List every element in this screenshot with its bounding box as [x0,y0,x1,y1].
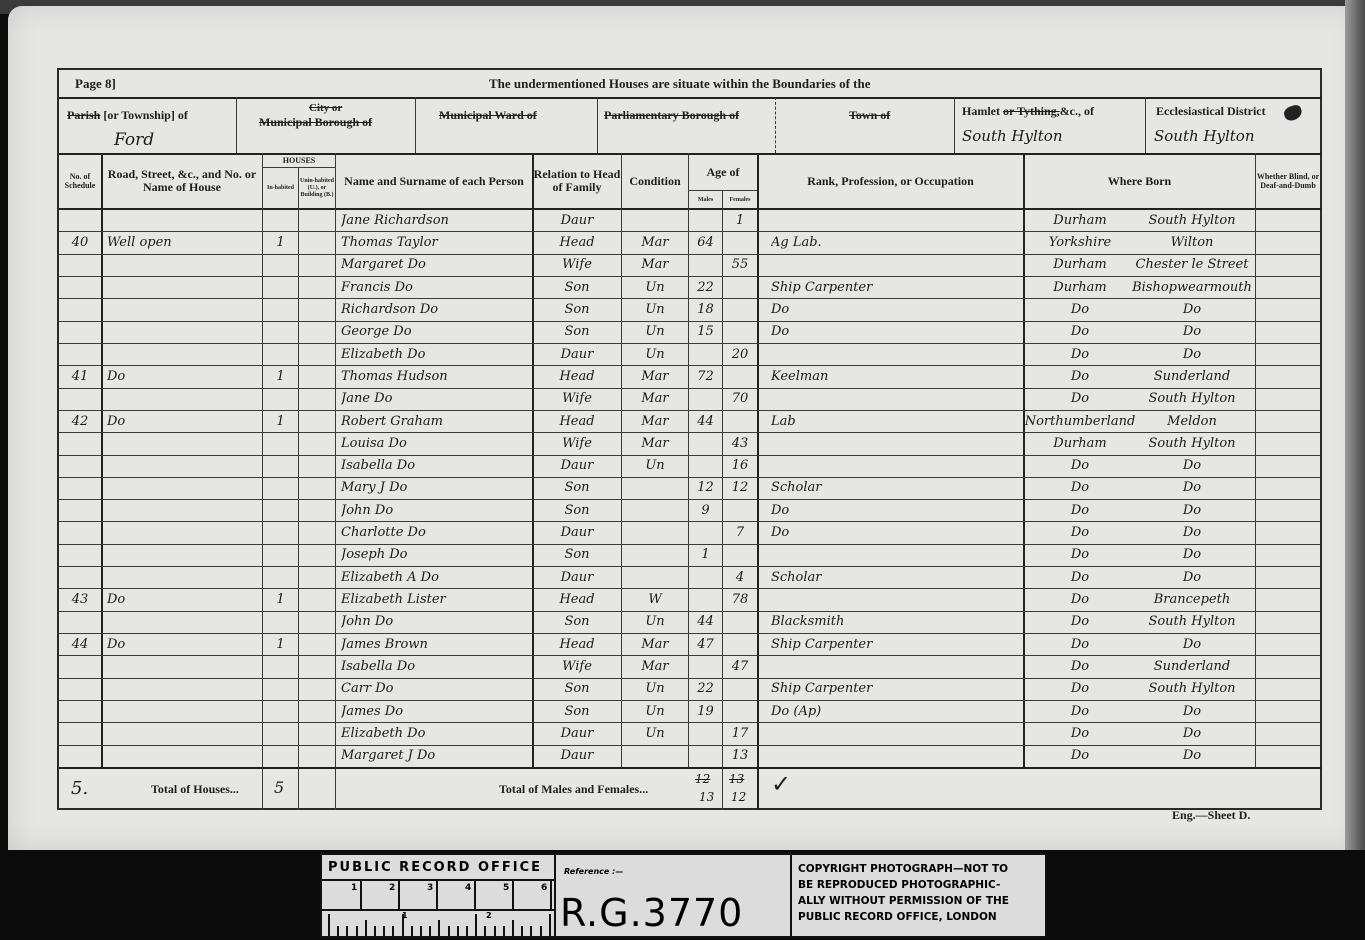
relation: Daur [533,209,621,231]
schedule-number [59,298,101,320]
occupation [771,254,1021,276]
occupation: Keelman [771,365,1021,387]
born-county: Durham [1025,254,1135,276]
condition [622,499,688,521]
condition: Un [622,298,688,320]
ruler-cm-label: 3 [427,883,433,893]
age-female [723,633,757,655]
col-where-born: Where Born [1024,154,1255,208]
road-name [107,343,262,365]
born-county: Do [1025,588,1135,610]
schedule-number [59,432,101,454]
occupation: Do [771,521,1021,543]
occupation: Ship Carpenter [771,678,1021,700]
relation: Daur [533,722,621,744]
person-name: Robert Graham [341,410,531,432]
age-male: 1 [689,544,722,566]
age-male: 47 [689,633,722,655]
inhabited-count: 1 [263,633,298,655]
age-male: 12 [689,477,722,499]
ruler-cm: 123456 [322,881,554,909]
col-schedule: No. of Schedule [59,154,101,208]
condition: Un [622,321,688,343]
road-name [107,432,262,454]
occupation [771,544,1021,566]
total-males-struck: 12 [695,772,710,786]
age-male [689,455,722,477]
schedule-number: 41 [59,365,101,387]
person-name: James Brown [341,633,531,655]
relation: Wife [533,388,621,410]
form-title: The undermentioned Houses are situate wi… [489,76,870,92]
born-county: Do [1025,521,1135,543]
inhabited-count [263,655,298,677]
born-county: Northumberland [1025,410,1135,432]
col-name: Name and Surname of each Person [336,154,532,208]
col-age: Age of [689,154,757,190]
road-name: Well open [107,231,262,253]
schedule-number [59,700,101,722]
born-county: Do [1025,298,1135,320]
ruler-inch: 12 [322,911,554,936]
condition [622,745,688,767]
age-male: 18 [689,298,722,320]
hamlet-label: Hamlet or Tything,&c., of [962,104,1094,119]
born-place: Do [1129,321,1255,343]
relation: Son [533,700,621,722]
person-name: Margaret Do [341,254,531,276]
table-row: Jane DoWifeMar70DoSouth Hylton [59,388,1320,410]
born-place: South Hylton [1129,678,1255,700]
age-female [723,499,757,521]
inhabited-count [263,432,298,454]
condition: Mar [622,254,688,276]
schedule-number [59,745,101,767]
table-row: 43Do1Elizabeth ListerHeadW78DoBrancepeth [59,588,1320,610]
born-county: Do [1025,566,1135,588]
born-place: Do [1129,521,1255,543]
reference-number: R.G.3770 [560,891,743,935]
person-name: Louisa Do [341,432,531,454]
schedule-number [59,655,101,677]
table-row: Margaret DoWifeMar55DurhamChester le Str… [59,254,1320,276]
inhabited-count [263,544,298,566]
person-name: Francis Do [341,276,531,298]
born-place: Do [1129,633,1255,655]
inhabited-count [263,209,298,231]
age-male [689,432,722,454]
col-females: Females [723,191,757,208]
inhabited-count [263,254,298,276]
age-female: 78 [723,588,757,610]
age-male: 15 [689,321,722,343]
age-male [689,521,722,543]
occupation [771,432,1021,454]
age-female: 13 [723,745,757,767]
road-name [107,700,262,722]
table-row: Isabella DoWifeMar47DoSunderland [59,655,1320,677]
inhabited-count [263,611,298,633]
relation: Son [533,678,621,700]
ecclesiastical-district-value: South Hylton [1154,127,1255,145]
road-name [107,455,262,477]
age-female [723,410,757,432]
ink-blot [1282,103,1304,122]
col-road: Road, Street, &c., and No. or Name of Ho… [102,154,262,208]
born-place: South Hylton [1129,432,1255,454]
born-place: Do [1129,455,1255,477]
occupation [771,455,1021,477]
table-row: Elizabeth A DoDaur4ScholarDoDo [59,566,1320,588]
person-name: George Do [341,321,531,343]
inhabited-count [263,521,298,543]
occupation [771,655,1021,677]
condition: Un [622,722,688,744]
condition [622,566,688,588]
ruler-cm-label: 5 [503,883,509,893]
road-name [107,678,262,700]
person-name: Charlotte Do [341,521,531,543]
inhabited-count: 1 [263,588,298,610]
born-place: Sunderland [1129,655,1255,677]
occupation: Do [771,298,1021,320]
ruler-block: PUBLIC RECORD OFFICE 123456 12 [322,855,556,936]
age-female [723,321,757,343]
table-row: 41Do1Thomas HudsonHeadMar72KeelmanDoSund… [59,365,1320,387]
occupation [771,745,1021,767]
born-county: Do [1025,343,1135,365]
born-county: Do [1025,722,1135,744]
inhabited-count: 1 [263,365,298,387]
person-name: Elizabeth A Do [341,566,531,588]
table-row: Margaret J DoDaur13DoDo [59,745,1320,767]
born-county: Do [1025,745,1135,767]
age-female: 20 [723,343,757,365]
occupation: Do [771,321,1021,343]
occupation: Do (Ap) [771,700,1021,722]
age-male [689,209,722,231]
occupation: Scholar [771,566,1021,588]
ruler-cm-label: 6 [541,883,547,893]
born-place: Do [1129,477,1255,499]
table-row: 40Well open1Thomas TaylorHeadMar64Ag Lab… [59,231,1320,253]
copyright-notice: COPYRIGHT PHOTOGRAPH—NOT TO BE REPRODUCE… [798,861,1009,925]
inhabited-count: 1 [263,410,298,432]
table-row: Charlotte DoDaur7DoDoDo [59,521,1320,543]
age-female [723,611,757,633]
age-male: 19 [689,700,722,722]
table-row: Richardson DoSonUn18DoDoDo [59,298,1320,320]
occupation: Scholar [771,477,1021,499]
parliamentary-borough-label: Parliamentary Borough of [604,108,739,123]
schedule-number [59,254,101,276]
col-houses: HOUSES [263,154,335,166]
road-name [107,566,262,588]
schedule-number: 40 [59,231,101,253]
age-male [689,343,722,365]
age-male [689,655,722,677]
table-row: Joseph DoSon1DoDo [59,544,1320,566]
occupation [771,722,1021,744]
born-place: Do [1129,722,1255,744]
occupation: Blacksmith [771,611,1021,633]
road-name: Do [107,410,262,432]
inhabited-count [263,455,298,477]
person-name: John Do [341,499,531,521]
road-name [107,254,262,276]
born-county: Durham [1025,432,1135,454]
born-place: South Hylton [1129,388,1255,410]
road-name: Do [107,588,262,610]
born-place: Do [1129,343,1255,365]
born-place: Do [1129,745,1255,767]
relation: Son [533,477,621,499]
born-county: Do [1025,700,1135,722]
person-name: Elizabeth Lister [341,588,531,610]
schedule-number [59,477,101,499]
table-row: 44Do1James BrownHeadMar47Ship CarpenterD… [59,633,1320,655]
col-relation: Relation to Head of Family [533,154,621,208]
born-place: Bishopwearmouth [1129,276,1255,298]
person-name: Thomas Hudson [341,365,531,387]
condition [622,544,688,566]
age-female: 4 [723,566,757,588]
born-place: Chester le Street [1129,254,1255,276]
ruler-inch-label: 2 [486,911,492,920]
born-place: Do [1129,544,1255,566]
age-male [689,566,722,588]
age-female [723,544,757,566]
born-place: South Hylton [1129,611,1255,633]
road-name [107,276,262,298]
born-place: Do [1129,566,1255,588]
table-row: Isabella DoDaurUn16DoDo [59,455,1320,477]
age-female: 12 [723,477,757,499]
born-county: Do [1025,499,1135,521]
condition [622,209,688,231]
schedule-number [59,544,101,566]
relation: Daur [533,343,621,365]
occupation [771,209,1021,231]
person-name: Elizabeth Do [341,722,531,744]
age-female: 55 [723,254,757,276]
road-name [107,499,262,521]
schedule-number [59,388,101,410]
occupation: Ship Carpenter [771,633,1021,655]
inhabited-count [263,722,298,744]
born-county: Durham [1025,276,1135,298]
age-male: 22 [689,276,722,298]
hamlet-value: South Hylton [962,127,1063,145]
age-female: 43 [723,432,757,454]
office-label: PUBLIC RECORD OFFICE [328,860,542,875]
schedule-number [59,611,101,633]
age-female: 7 [723,521,757,543]
born-county: Do [1025,455,1135,477]
ruler-cm-label: 4 [465,883,471,893]
schedule-number: 44 [59,633,101,655]
road-name [107,298,262,320]
age-female: 1 [723,209,757,231]
inhabited-count [263,700,298,722]
occupation [771,588,1021,610]
person-name: Elizabeth Do [341,343,531,365]
page-number: Page 8] [75,76,116,92]
relation: Head [533,231,621,253]
born-county: Do [1025,544,1135,566]
age-male: 9 [689,499,722,521]
condition: Un [622,678,688,700]
relation: Son [533,611,621,633]
municipal-borough-label: Municipal Borough of [259,115,372,130]
table-row: John DoSonUn44BlacksmithDoSouth Hylton [59,611,1320,633]
born-place: Wilton [1129,231,1255,253]
condition: Mar [622,633,688,655]
person-name: Thomas Taylor [341,231,531,253]
person-name: James Do [341,700,531,722]
schedule-number [59,521,101,543]
occupation: Do [771,499,1021,521]
age-male: 72 [689,365,722,387]
age-male: 64 [689,231,722,253]
reference-label: Reference :— [564,867,623,876]
total-males: 13 [699,790,714,804]
road-name [107,388,262,410]
inhabited-count: 1 [263,231,298,253]
road-name [107,611,262,633]
born-place: Do [1129,700,1255,722]
relation: Son [533,499,621,521]
total-houses-label: Total of Houses... [151,782,239,797]
road-name [107,544,262,566]
person-name: Jane Richardson [341,209,531,231]
born-county: Do [1025,611,1135,633]
relation: Wife [533,432,621,454]
relation: Wife [533,655,621,677]
city-label: City or [309,102,342,114]
schedule-number [59,276,101,298]
inhabited-count [263,343,298,365]
table-row: 42Do1Robert GrahamHeadMar44LabNorthumber… [59,410,1320,432]
born-county: Do [1025,655,1135,677]
age-male: 22 [689,678,722,700]
age-female [723,298,757,320]
inhabited-count [263,566,298,588]
col-condition: Condition [622,154,688,208]
inhabited-count [263,298,298,320]
schedule-number [59,209,101,231]
age-male [689,722,722,744]
road-name [107,722,262,744]
road-name [107,321,262,343]
relation: Daur [533,566,621,588]
age-female: 16 [723,455,757,477]
born-county: Durham [1025,209,1135,231]
age-male [689,588,722,610]
condition: W [622,588,688,610]
condition: Mar [622,365,688,387]
municipal-ward-label: Municipal Ward of [439,108,537,123]
relation: Daur [533,521,621,543]
inhabited-count [263,321,298,343]
condition: Mar [622,432,688,454]
check-mark: ✓ [771,770,791,798]
born-county: Do [1025,477,1135,499]
sheet-footer: Eng.—Sheet D. [1172,808,1250,823]
born-place: South Hylton [1129,209,1255,231]
person-name: Isabella Do [341,655,531,677]
occupation: Lab [771,410,1021,432]
occupation [771,388,1021,410]
condition [622,477,688,499]
age-female: 70 [723,388,757,410]
condition: Un [622,455,688,477]
person-name: Isabella Do [341,455,531,477]
ecclesiastical-district-label: Ecclesiastical District [1156,104,1266,119]
person-name: Richardson Do [341,298,531,320]
born-place: Sunderland [1129,365,1255,387]
schedule-number [59,499,101,521]
relation: Head [533,410,621,432]
age-female [723,365,757,387]
col-males: Males [689,191,722,208]
road-name [107,521,262,543]
table-row: Mary J DoSon1212ScholarDoDo [59,477,1320,499]
road-name: Do [107,365,262,387]
table-row: Elizabeth DoDaurUn17DoDo [59,722,1320,744]
relation: Daur [533,745,621,767]
born-county: Do [1025,633,1135,655]
inhabited-count [263,276,298,298]
col-inhabited: In-habited [263,168,298,208]
col-blind: Whether Blind, or Deaf-and-Dumb [1256,154,1320,208]
person-name: John Do [341,611,531,633]
born-county: Do [1025,365,1135,387]
public-record-office-stamp: PUBLIC RECORD OFFICE 123456 12 Reference… [320,853,1047,938]
road-name [107,477,262,499]
relation: Head [533,633,621,655]
relation: Son [533,298,621,320]
schedule-number: 43 [59,588,101,610]
age-female: 17 [723,722,757,744]
road-name [107,655,262,677]
census-form: Page 8] The undermentioned Houses are si… [57,68,1322,810]
col-uninhabited: Unin-habited (U.), or Building (B.) [299,168,335,208]
condition: Mar [622,388,688,410]
person-name: Jane Do [341,388,531,410]
schedule-number [59,455,101,477]
table-row: Carr DoSonUn22Ship CarpenterDoSouth Hylt… [59,678,1320,700]
parish-label: Parish [or Township] of [67,108,188,123]
table-row: Jane RichardsonDaur1DurhamSouth Hylton [59,209,1320,231]
parish-value: Ford [114,130,154,150]
age-male: 44 [689,410,722,432]
schedule-number [59,678,101,700]
schedule-number [59,722,101,744]
road-name: Do [107,633,262,655]
photo-right-edge [1345,0,1365,850]
schedule-number [59,566,101,588]
age-female [723,678,757,700]
inhabited-count [263,388,298,410]
ruler-inch-label: 1 [402,911,408,920]
road-name [107,745,262,767]
relation: Son [533,321,621,343]
condition: Un [622,700,688,722]
total-persons-label: Total of Males and Females... [499,782,648,797]
age-female [723,700,757,722]
relation: Daur [533,455,621,477]
